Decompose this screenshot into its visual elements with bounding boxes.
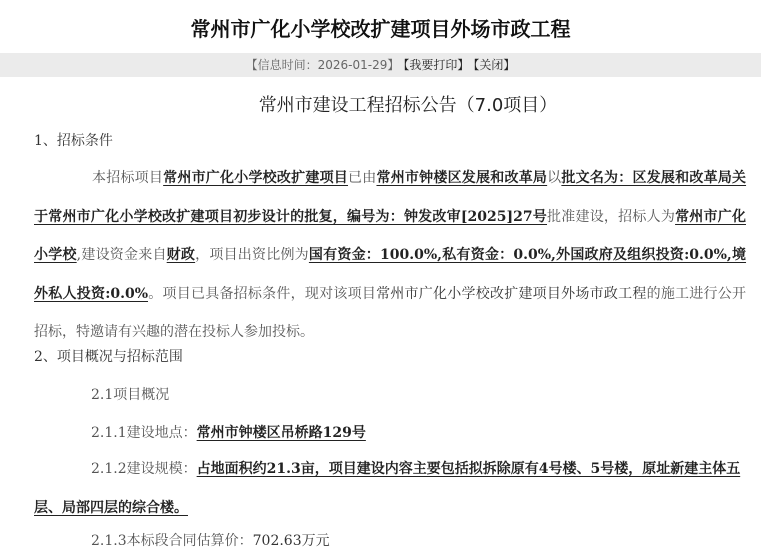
location-value: 常州市钟楼区吊桥路129号 bbox=[197, 425, 366, 441]
text: ,建设资金来自 bbox=[77, 247, 167, 263]
construction-location: 2.1.1建设地点：常州市钟楼区吊桥路129号 bbox=[91, 422, 366, 444]
section1-paragraph: 本招标项目常州市广化小学校改扩建项目已由常州市钟楼区发展和改革局以批文名为：区发… bbox=[34, 159, 746, 352]
text: ，项目出资比例为 bbox=[195, 247, 309, 263]
text: 已由 bbox=[348, 170, 376, 186]
document-title: 常州市建设工程招标公告（7.0项目） bbox=[0, 92, 761, 120]
tender-project-name: 常州市广化小学校改扩建项目外场市政工程 bbox=[376, 286, 647, 302]
project-name: 常州市广化小学校改扩建项目 bbox=[163, 170, 348, 186]
close-link[interactable]: 【关闭】 bbox=[473, 58, 515, 72]
section-heading-2: 2、项目概况与招标范围 bbox=[34, 346, 183, 368]
print-link[interactable]: 【我要打印】 bbox=[403, 58, 469, 72]
label: 2.1.1建设地点： bbox=[91, 425, 197, 441]
text: 批准建设，招标人为 bbox=[547, 209, 675, 225]
section-heading-1: 1、招标条件 bbox=[34, 130, 113, 152]
label: 2.1.2建设规模： bbox=[91, 461, 197, 477]
text: 。项目已具备招标条件，现对该项目 bbox=[148, 286, 376, 302]
sub-heading-2-1: 2.1项目概况 bbox=[91, 384, 169, 406]
funding-source: 财政 bbox=[167, 247, 195, 263]
label: 2.1.3本标段合同估算价： bbox=[91, 533, 253, 547]
text: 本招标项目 bbox=[92, 170, 163, 186]
approval-authority: 常州市钟楼区发展和改革局 bbox=[376, 170, 547, 186]
info-bar: 【信息时间：2026-01-29】【我要打印】【关闭】 bbox=[0, 53, 761, 77]
construction-scale: 2.1.2建设规模：占地面积约21.3亩，项目建设内容主要包括拟拆除原有4号楼、… bbox=[34, 450, 746, 527]
page-title: 常州市广化小学校改扩建项目外场市政工程 bbox=[0, 14, 761, 44]
text: 以 bbox=[547, 170, 561, 186]
estimated-price: 2.1.3本标段合同估算价：702.63万元 bbox=[91, 530, 330, 547]
info-date: 【信息时间：2026-01-29】 bbox=[246, 58, 400, 72]
price-value: 702.63万元 bbox=[253, 533, 330, 547]
